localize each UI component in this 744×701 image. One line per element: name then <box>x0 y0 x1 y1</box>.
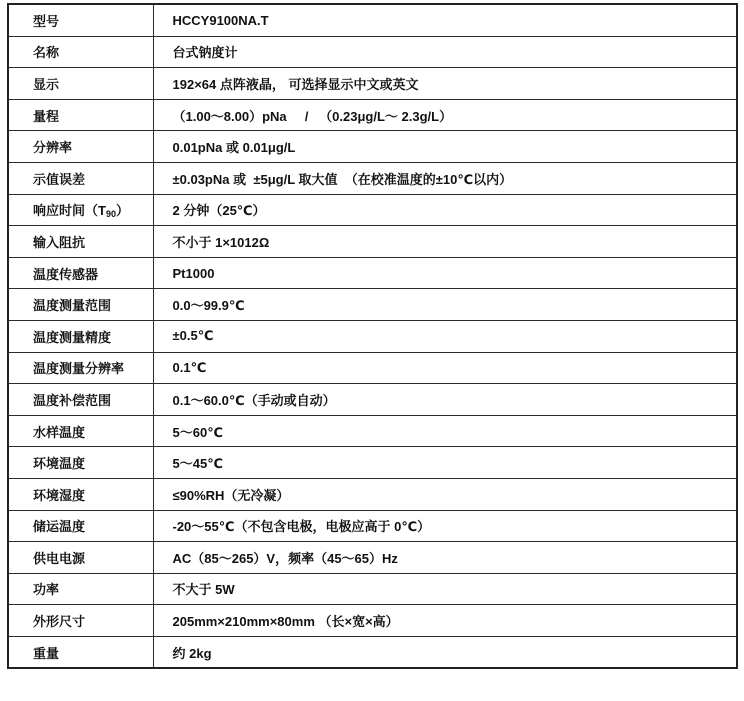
row-value: （1.00～8.00）pNa / （0.23μg/L～ 2.3g/L） <box>153 99 737 131</box>
row-label-suffix: ） <box>116 203 129 218</box>
row-label: 功率 <box>8 573 153 605</box>
table-row-temp-range: 温度测量范围 0.0～99.9℃ <box>8 289 737 321</box>
row-label: 分辨率 <box>8 131 153 163</box>
row-label: 名称 <box>8 36 153 68</box>
row-value: 0.1℃ <box>153 352 737 384</box>
table-row-temp-sensor: 温度传感器 Pt1000 <box>8 257 737 289</box>
row-value: 205mm×210mm×80mm （长×宽×高） <box>153 605 737 637</box>
row-label: 量程 <box>8 99 153 131</box>
row-label: 水样温度 <box>8 415 153 447</box>
row-value: 不大于 5W <box>153 573 737 605</box>
row-label: 供电电源 <box>8 542 153 574</box>
row-label-text: 响应时间（T <box>33 203 106 218</box>
row-value: -20～55℃（不包含电极，电极应高于 0℃） <box>153 510 737 542</box>
table-row-response-time: 响应时间（T90） 2 分钟（25℃） <box>8 194 737 226</box>
row-value: 0.01pNa 或 0.01μg/L <box>153 131 737 163</box>
row-label: 温度传感器 <box>8 257 153 289</box>
table-row-input-impedance: 输入阻抗 不小于 1×1012Ω <box>8 226 737 258</box>
row-label: 外形尺寸 <box>8 605 153 637</box>
row-label: 储运温度 <box>8 510 153 542</box>
table-row-temp-accuracy: 温度测量精度 ±0.5℃ <box>8 320 737 352</box>
table-row-name: 名称 台式钠度计 <box>8 36 737 68</box>
row-value: 5～45℃ <box>153 447 737 479</box>
row-label-subscript: 90 <box>106 209 116 219</box>
row-label: 重量 <box>8 636 153 668</box>
row-label: 输入阻抗 <box>8 226 153 258</box>
table-row-power: 功率 不大于 5W <box>8 573 737 605</box>
table-row-power-supply: 供电电源 AC（85～265）V，频率（45～65）Hz <box>8 542 737 574</box>
row-value: 5～60℃ <box>153 415 737 447</box>
row-label: 示值误差 <box>8 162 153 194</box>
row-label: 温度测量分辨率 <box>8 352 153 384</box>
row-value: Pt1000 <box>153 257 737 289</box>
row-value: 0.0～99.9℃ <box>153 289 737 321</box>
table-row-display: 显示 192×64 点阵液晶， 可选择显示中文或英文 <box>8 68 737 100</box>
table-row-weight: 重量 约 2kg <box>8 636 737 668</box>
table-row-dimensions: 外形尺寸 205mm×210mm×80mm （长×宽×高） <box>8 605 737 637</box>
row-label: 环境湿度 <box>8 478 153 510</box>
row-label: 温度补偿范围 <box>8 384 153 416</box>
row-value: 0.1～60.0℃（手动或自动） <box>153 384 737 416</box>
row-label: 温度测量精度 <box>8 320 153 352</box>
row-label: 环境温度 <box>8 447 153 479</box>
row-value: 台式钠度计 <box>153 36 737 68</box>
table-row-model: 型号 HCCY9100NA.T <box>8 4 737 36</box>
row-label: 响应时间（T90） <box>8 194 153 226</box>
table-row-indication-error: 示值误差 ±0.03pNa 或 ±5μg/L 取大值 （在校准温度的±10℃以内… <box>8 162 737 194</box>
table-row-storage-temp: 储运温度 -20～55℃（不包含电极，电极应高于 0℃） <box>8 510 737 542</box>
row-label: 温度测量范围 <box>8 289 153 321</box>
row-value: ±0.5℃ <box>153 320 737 352</box>
row-value: 192×64 点阵液晶， 可选择显示中文或英文 <box>153 68 737 100</box>
row-value: 约 2kg <box>153 636 737 668</box>
row-value: HCCY9100NA.T <box>153 4 737 36</box>
row-value: AC（85～265）V，频率（45～65）Hz <box>153 542 737 574</box>
spec-table: 型号 HCCY9100NA.T 名称 台式钠度计 显示 192×64 点阵液晶，… <box>7 3 738 669</box>
table-row-range: 量程 （1.00～8.00）pNa / （0.23μg/L～ 2.3g/L） <box>8 99 737 131</box>
table-row-sample-temp: 水样温度 5～60℃ <box>8 415 737 447</box>
row-value: ±0.03pNa 或 ±5μg/L 取大值 （在校准温度的±10℃以内） <box>153 162 737 194</box>
table-row-ambient-temp: 环境温度 5～45℃ <box>8 447 737 479</box>
table-row-resolution: 分辨率 0.01pNa 或 0.01μg/L <box>8 131 737 163</box>
row-value: 不小于 1×1012Ω <box>153 226 737 258</box>
row-label: 型号 <box>8 4 153 36</box>
row-value: 2 分钟（25℃） <box>153 194 737 226</box>
table-row-temp-resolution: 温度测量分辨率 0.1℃ <box>8 352 737 384</box>
row-value: ≤90%RH（无冷凝） <box>153 478 737 510</box>
row-label: 显示 <box>8 68 153 100</box>
table-row-temp-compensation: 温度补偿范围 0.1～60.0℃（手动或自动） <box>8 384 737 416</box>
table-row-ambient-humidity: 环境湿度 ≤90%RH（无冷凝） <box>8 478 737 510</box>
